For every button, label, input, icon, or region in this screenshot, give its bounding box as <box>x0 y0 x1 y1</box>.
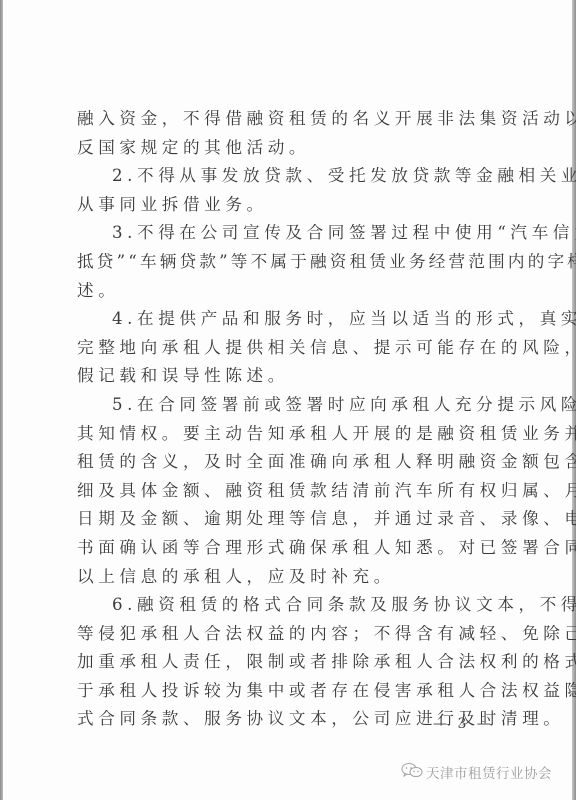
text-line: 反国家规定的其他活动。 <box>77 134 507 163</box>
text-line: 假记载和误导性陈述。 <box>77 362 507 391</box>
text-line: 以上信息的承租人，应及时补充。 <box>77 563 507 592</box>
watermark-text: 天津市租赁行业协会 <box>426 762 552 782</box>
clause-4-line: 4.在提供产品和服务时，应当以适当的形式，真实、准确、 <box>77 305 507 334</box>
text-line: 从事同业拆借业务。 <box>77 191 507 220</box>
clause-3-line: 3.不得在公司宣传及合同签署过程中使用“汽车信贷”“车 <box>77 219 507 248</box>
text-line: 述。 <box>77 277 507 306</box>
text-line: 加重承租人责任，限制或者排除承租人合法权利的格式条款。对 <box>77 648 507 677</box>
clause-2-line: 2.不得从事发放贷款、受托发放贷款等金融相关业务，不得 <box>77 162 507 191</box>
text-line: 等侵犯承租人合法权益的内容；不得含有减轻、免除己方责任， <box>77 620 507 649</box>
text-line: 书面确认函等合理形式确保承租人知悉。对已签署合同但未告知 <box>77 534 507 563</box>
text-line: 抵贷”“车辆贷款”等不属于融资租赁业务经营范围内的字样描 <box>77 248 507 277</box>
text-line: 细及具体金额、融资租赁款结清前汽车所有权归属、月租金还款 <box>77 477 507 506</box>
page-number: — 3 — <box>433 716 494 732</box>
text-line: 融入资金，不得借融资租赁的名义开展非法集资活动以及从事违 <box>77 105 507 134</box>
text-line: 租赁的含义，及时全面准确向承租人释明融资金额包含的项目明 <box>77 448 507 477</box>
text-line: 日期及金额、逾期处理等信息，并通过录音、录像、电子签约、 <box>77 505 507 534</box>
watermark: 天津市租赁行业协会 <box>401 762 552 782</box>
clause-5-line: 5.在合同签署前或签署时应向承租人充分提示风险以保障 <box>77 391 507 420</box>
text-line: 于承租人投诉较为集中或者存在侵害承租人合法权益隐患的格 <box>77 677 507 706</box>
wechat-icon <box>401 762 423 782</box>
text-line: 完整地向承租人提供相关信息、提示可能存在的风险，不得有虚 <box>77 334 507 363</box>
document-body: 融入资金，不得借融资租赁的名义开展非法集资活动以及从事违 反国家规定的其他活动。… <box>77 105 507 734</box>
text-line: 其知情权。要主动告知承租人开展的是融资租赁业务并解释融资 <box>77 420 507 449</box>
clause-6-line: 6.融资租赁的格式合同条款及服务协议文本，不得存在欺诈 <box>77 591 507 620</box>
page-edge-left <box>0 0 3 800</box>
